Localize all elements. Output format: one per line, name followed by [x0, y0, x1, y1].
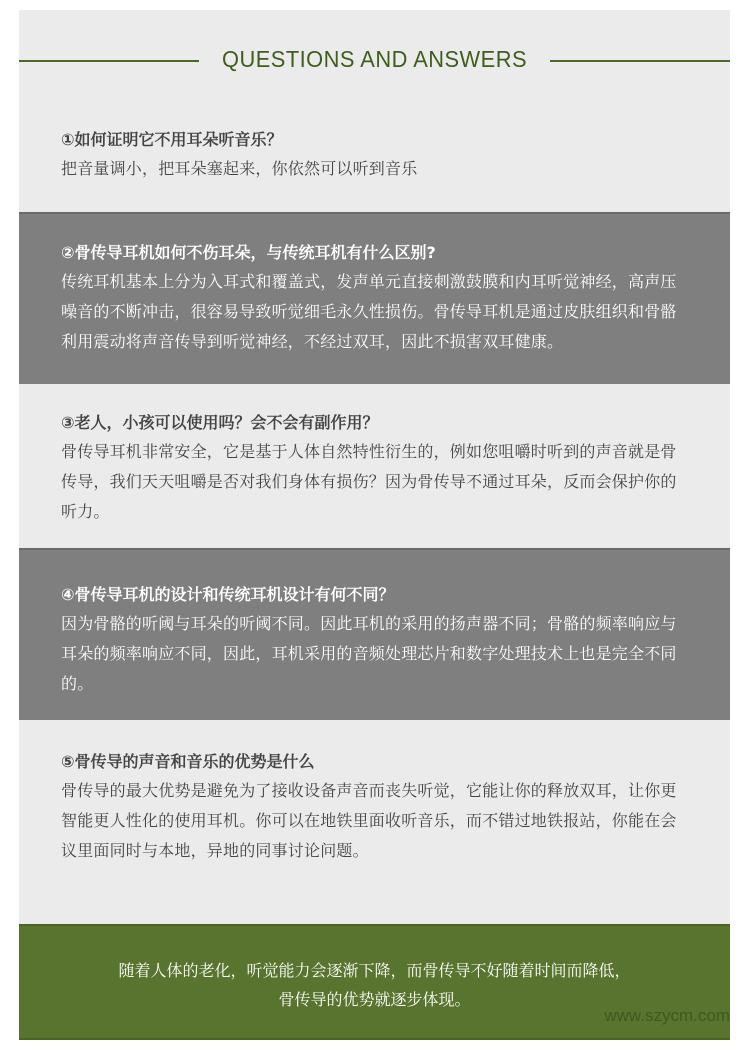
qa-page: QUESTIONS AND ANSWERS ①如何证明它不用耳朵听音乐？ 把音量…: [19, 10, 730, 1040]
qa-item: ③老人，小孩可以使用吗？会不会有副作用？ 骨传导耳机非常安全，它是基于人体自然特…: [19, 384, 730, 548]
qa-item: ②骨传导耳机如何不伤耳朵，与传统耳机有什么区别? 传统耳机基本上分为入耳式和覆盖…: [19, 212, 730, 384]
question-text: ⑤骨传导的声音和音乐的优势是什么: [61, 750, 688, 774]
summary-banner: 随着人体的老化，听觉能力会逐渐下降，而骨传导不好随着时间而降低， 骨传导的优势就…: [19, 924, 730, 1040]
summary-line-1: 随着人体的老化，听觉能力会逐渐下降，而骨传导不好随着时间而降低，: [19, 956, 730, 985]
answer-text: 传统耳机基本上分为入耳式和覆盖式，发声单元直接刺激鼓膜和内耳听觉神经，高声压噪音…: [61, 267, 688, 357]
question-text: ③老人，小孩可以使用吗？会不会有副作用？: [61, 411, 688, 435]
answer-text: 把音量调小，把耳朵塞起来，你依然可以听到音乐: [61, 154, 688, 184]
answer-text: 骨传导耳机非常安全，它是基于人体自然特性衍生的，例如您咀嚼时听到的声音就是骨传导…: [61, 437, 688, 527]
watermark: www.szycm.com: [604, 1006, 730, 1026]
qa-item: ⑤骨传导的声音和音乐的优势是什么 骨传导的最大优势是避免为了接收设备声音而丧失听…: [19, 720, 730, 924]
qa-item: ①如何证明它不用耳朵听音乐？ 把音量调小，把耳朵塞起来，你依然可以听到音乐: [19, 120, 730, 212]
header-divider-right: [550, 60, 730, 62]
question-text: ②骨传导耳机如何不伤耳朵，与传统耳机有什么区别?: [61, 241, 688, 265]
section-header: QUESTIONS AND ANSWERS: [19, 10, 730, 120]
qa-item: ④骨传导耳机的设计和传统耳机设计有何不同？ 因为骨骼的听阈与耳朵的听阈不同。因此…: [19, 548, 730, 720]
answer-text: 因为骨骼的听阈与耳朵的听阈不同。因此耳机的采用的扬声器不同；骨骼的频率响应与耳朵…: [61, 609, 688, 699]
answer-text: 骨传导的最大优势是避免为了接收设备声音而丧失听觉，它能让你的释放双耳，让你更智能…: [61, 776, 688, 866]
question-text: ④骨传导耳机的设计和传统耳机设计有何不同？: [61, 583, 688, 607]
question-text: ①如何证明它不用耳朵听音乐？: [61, 128, 688, 152]
